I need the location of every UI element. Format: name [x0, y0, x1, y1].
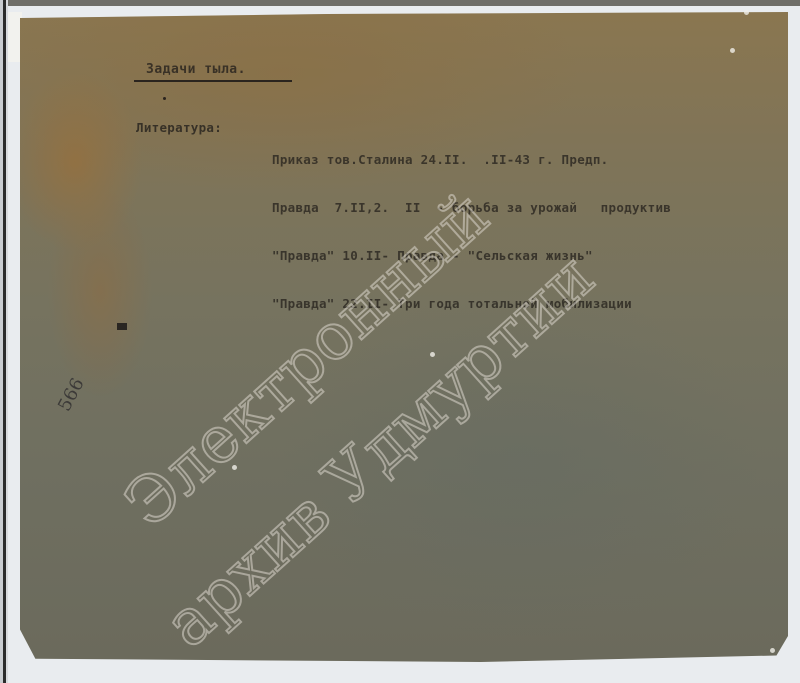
literature-label: Литература:: [136, 120, 222, 135]
literature-line: Правда 7.II,2. II - борьба за урожай про…: [272, 200, 792, 216]
ink-mark: [117, 323, 127, 330]
heading-underline: [134, 80, 292, 82]
paper-speck: [430, 352, 435, 357]
paper-speck: [730, 48, 735, 53]
scan-left-border: [0, 0, 8, 683]
literature-line: Приказ тов.Сталина 24.II. .II-43 г. Пред…: [272, 152, 792, 168]
literature-line: "Правда" 22.II- Три года тотальной мобил…: [272, 296, 792, 312]
paper-speck: [744, 10, 749, 15]
scan-margin-gap: [8, 12, 22, 62]
ink-dot: [163, 97, 166, 100]
paper-speck: [770, 648, 775, 653]
document-heading: Задачи тыла.: [146, 62, 246, 77]
scan-top-border: [0, 0, 800, 6]
literature-line: "Правда" 10.II- Правда - "Сельская жизнь…: [272, 248, 792, 264]
paper-speck: [232, 465, 237, 470]
literature-list: Приказ тов.Сталина 24.II. .II-43 г. Пред…: [272, 120, 792, 328]
archival-document-page: [20, 12, 788, 662]
